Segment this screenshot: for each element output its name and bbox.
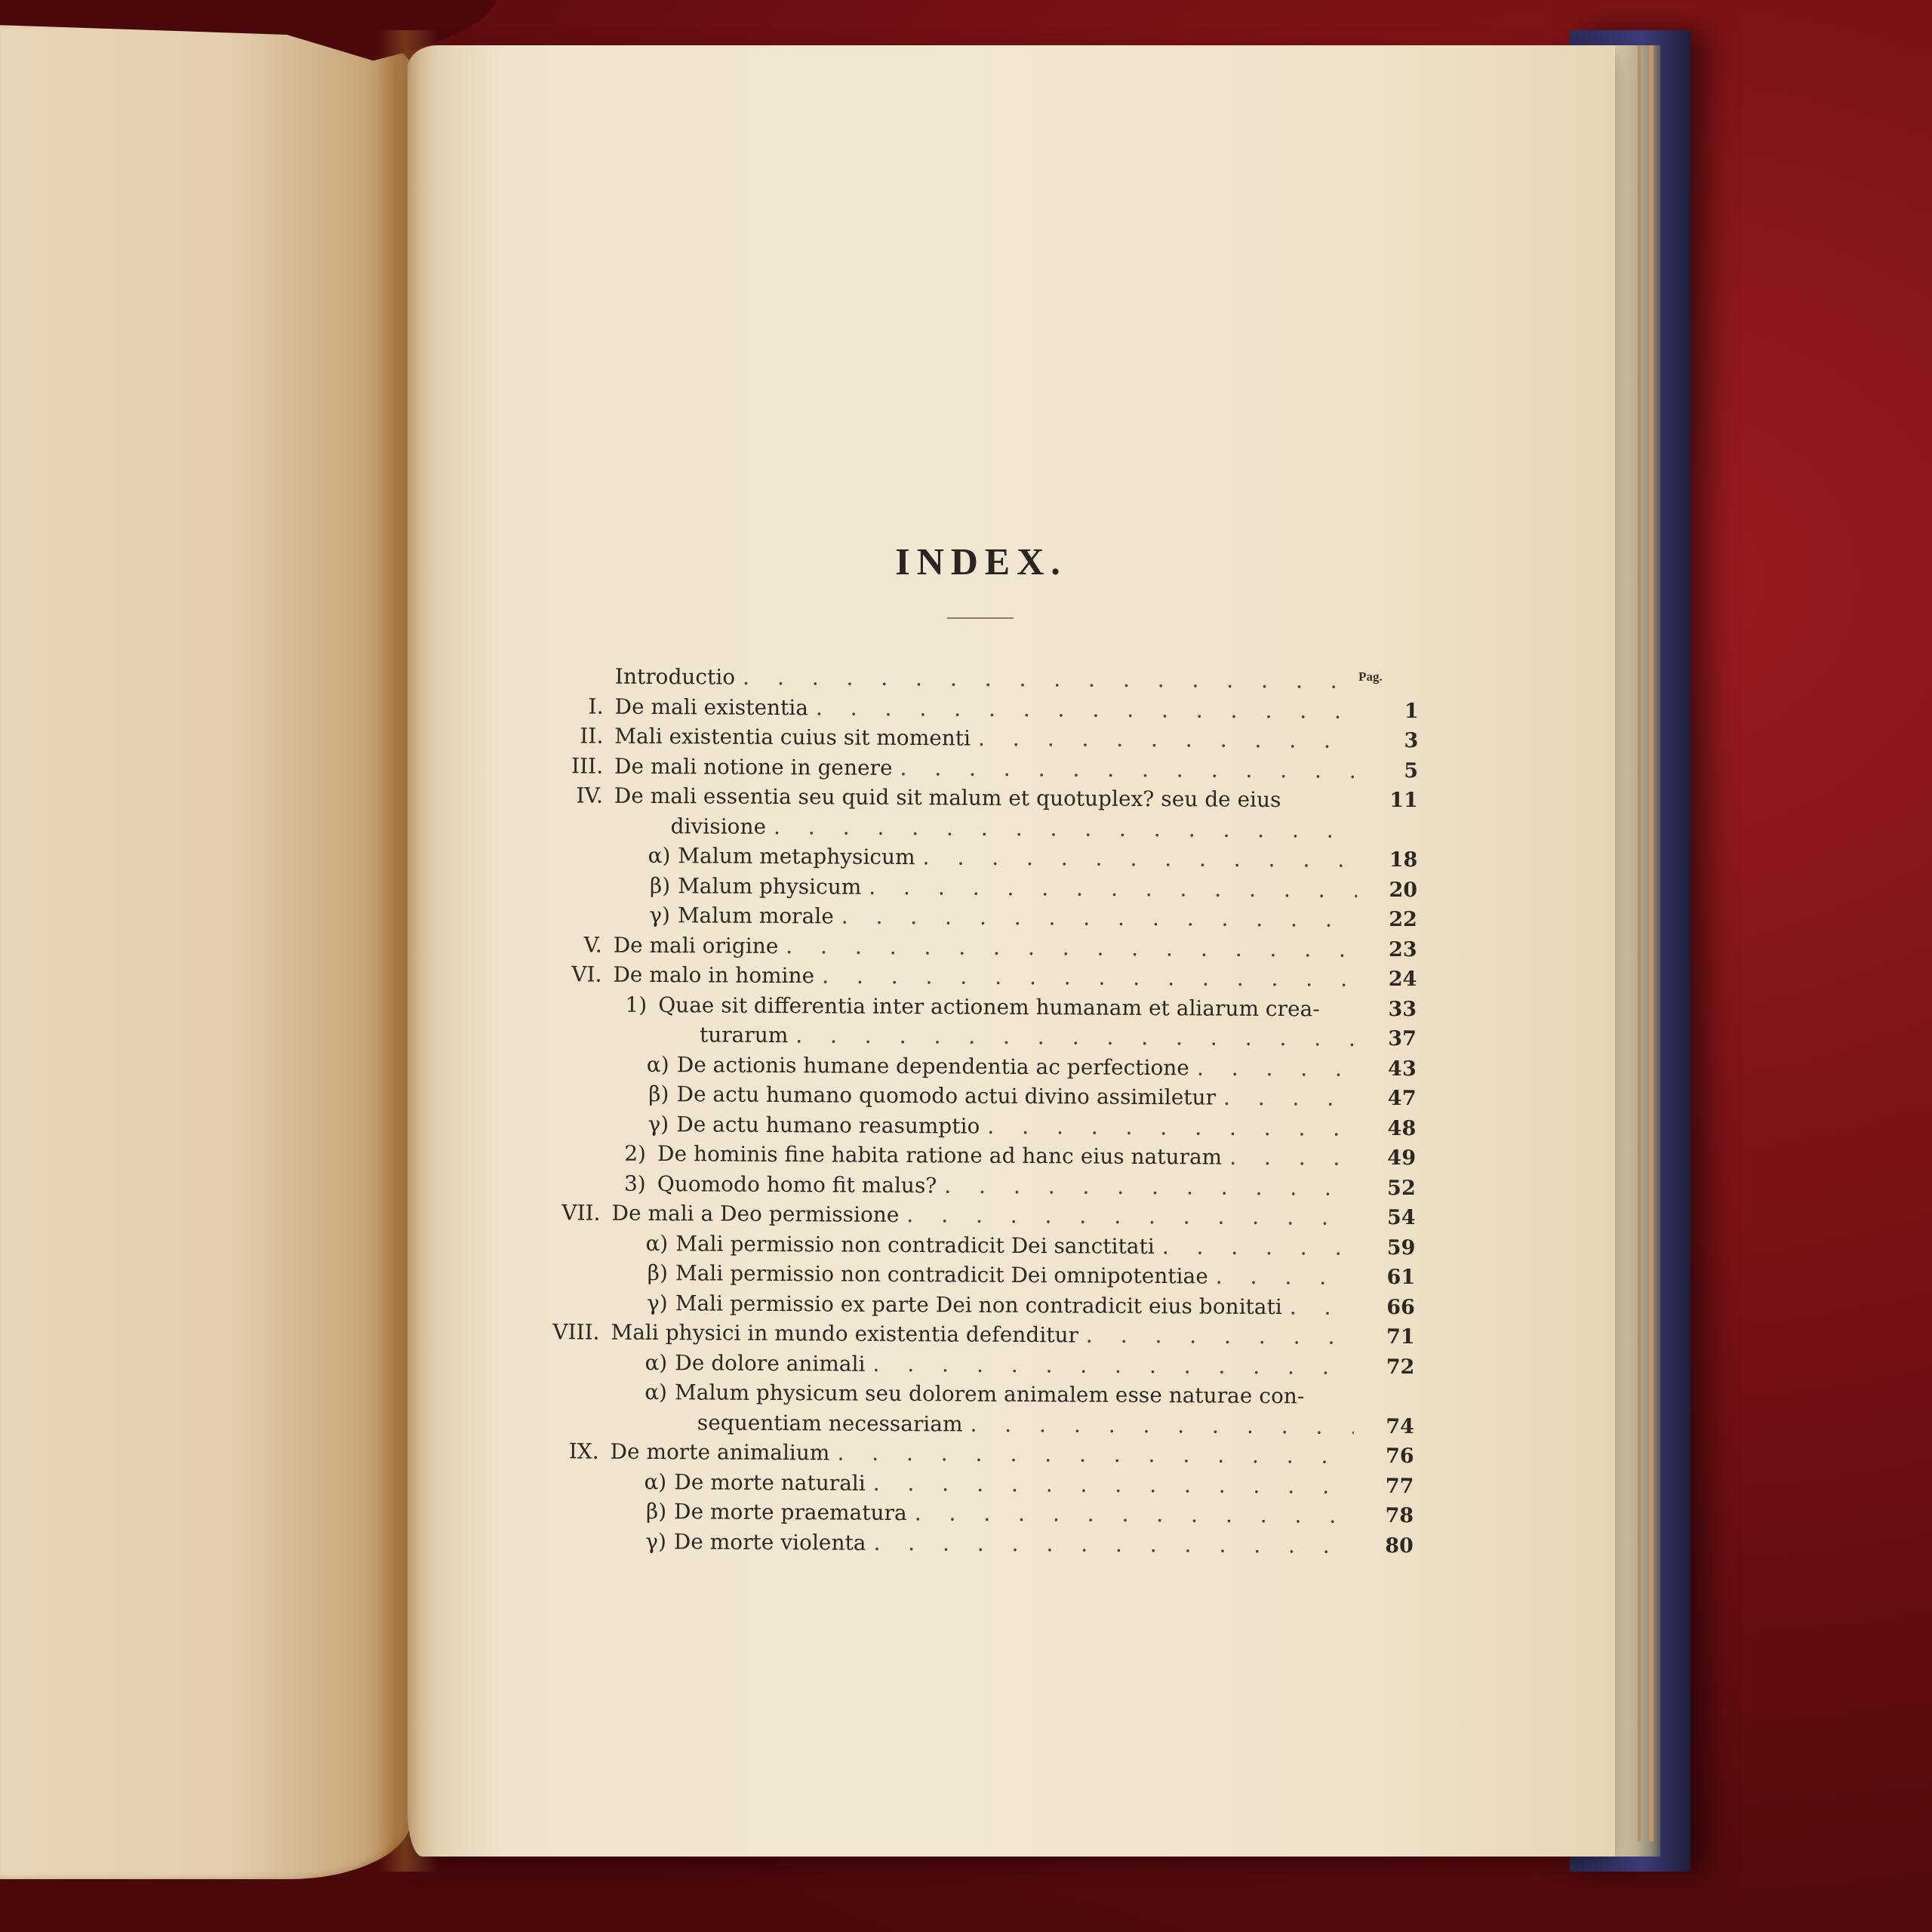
dot-leader: . . . . . . . . . . . . . . . . . . . . …: [1216, 1262, 1355, 1293]
toc-entry-text: De actu humano quomodo actui divino assi…: [676, 1079, 1216, 1112]
toc-entry-page: 20: [1372, 875, 1417, 905]
toc-entry-number: V.: [527, 929, 602, 959]
toc-entry-page: 52: [1371, 1173, 1416, 1203]
toc-entry-label: Mali physici in mundo existentia defendi…: [611, 1318, 1354, 1352]
toc-entry-text: Malum physicum seu dolorem animalem esse…: [675, 1377, 1304, 1411]
toc-entry-label: Quomodo homo fit malus?. . . . . . . . .…: [657, 1169, 1355, 1203]
dot-leader: . . . . . . . . . . . . . . . . . . . . …: [906, 1200, 1355, 1232]
toc-entry-number: γ): [625, 900, 670, 931]
toc-entry-page: 49: [1371, 1143, 1416, 1174]
toc-entry-number: VII.: [525, 1198, 600, 1228]
toc-entry-number: α): [622, 1377, 667, 1407]
dot-leader: . . . . . . . . . . . . . . . . . . . . …: [743, 663, 1358, 696]
toc-entry-text: De mali essentia seu quid sit malum et q…: [614, 781, 1281, 815]
dot-leader: . . . . . . . . . . . . . . . . . . . . …: [795, 1020, 1356, 1054]
toc-entry-number: [528, 661, 604, 662]
toc-entry-number: β): [623, 1079, 669, 1109]
toc-entry-page: 76: [1368, 1441, 1414, 1472]
toc-entry-number: α): [624, 1049, 669, 1079]
toc-entry-label: divisione. . . . . . . . . . . . . . . .…: [671, 811, 1358, 845]
toc-entry-text: De morte violenta: [674, 1527, 866, 1558]
toc-entry-label: Malum physicum. . . . . . . . . . . . . …: [678, 871, 1357, 905]
toc-entry-label: Malum physicum seu dolorem animalem esse…: [675, 1377, 1354, 1411]
toc-entry-label: Mali permissio non contradicit Dei sanct…: [675, 1229, 1355, 1263]
toc-entry-page: 48: [1371, 1113, 1416, 1143]
dot-leader: . . . . . . . . . . . . . . . . . . . . …: [923, 842, 1358, 875]
toc-entry-label: Mali permissio ex parte Dei non contradi…: [675, 1288, 1355, 1322]
toc-entry-label: Mali permissio non contradicit Dei omnip…: [675, 1258, 1355, 1292]
gutter-shadow: [377, 30, 438, 1872]
toc-entry-number: II.: [528, 721, 603, 751]
toc-entry-text: De malo in homine: [613, 960, 814, 991]
toc-entry-number: IX.: [523, 1436, 598, 1466]
toc-entry-text: Malum metaphysicum: [678, 841, 915, 872]
toc-entry-number: 3): [601, 1168, 646, 1198]
toc-entry-text: Malum morale: [678, 900, 834, 931]
dot-leader: . . . . . . . . . . . . . . . . . . . . …: [1162, 1232, 1355, 1263]
left-page: [0, 23, 411, 1879]
toc-entry-page: 61: [1370, 1263, 1415, 1293]
toc-entry-label: De mali a Deo permissione. . . . . . . .…: [611, 1198, 1355, 1233]
dot-leader: . . . . . . . . . . . . . . . . . . . . …: [837, 1438, 1353, 1472]
dot-leader: . . . . . . . . . . . . . . . . . . . . …: [915, 1498, 1354, 1531]
toc-entry-number: β): [621, 1497, 666, 1527]
toc-entry-text: Mali existentia cuius sit momenti: [614, 721, 971, 753]
toc-entry-number: α): [621, 1466, 666, 1497]
toc-entry-label: De actu humano quomodo actui divino assi…: [676, 1079, 1355, 1113]
dot-leader: . . . . . . . . . . . . . . . . . . . . …: [1229, 1143, 1355, 1174]
toc-entry-label: Quae sit differentia inter actionem huma…: [658, 990, 1356, 1024]
dot-leader: . . . . . . . . . . . . . . . . . . . . …: [873, 1527, 1353, 1560]
toc-entry-number: α): [622, 1347, 667, 1377]
toc-entry-number: γ): [623, 1109, 669, 1139]
toc-entry-text: Malum physicum: [678, 871, 861, 902]
toc-entry-number: IV.: [528, 780, 603, 811]
toc-entry-number: VIII.: [524, 1317, 599, 1347]
dot-leader: . . . . . . . . . . . . . . . . . . . . …: [1290, 1292, 1355, 1322]
toc-entry-page: 74: [1369, 1411, 1414, 1441]
toc-entry-page: 22: [1372, 905, 1417, 935]
dot-leader: . . . . . . . . . . . . . . . . . . . . …: [1197, 1053, 1356, 1084]
toc-entry-text: Mali permissio non contradicit Dei omnip…: [675, 1258, 1208, 1291]
toc-entry-text: sequentiam necessariam: [697, 1407, 963, 1439]
toc-entry-number: [526, 1019, 601, 1020]
dot-leader: . . . . . . . . . . . . . . . . . . . . …: [1086, 1321, 1355, 1352]
toc-entry-label: turarum. . . . . . . . . . . . . . . . .…: [700, 1020, 1356, 1054]
toc-entry-text: De mali origine: [614, 930, 779, 961]
toc-entry-text: De actionis humane dependentia ac perfec…: [677, 1050, 1189, 1083]
toc-entry-text: De actu humano reasumptio: [676, 1109, 980, 1141]
toc-entry-number: 1): [601, 989, 647, 1020]
toc-entry-page: 78: [1368, 1501, 1414, 1531]
toc-entry-label: De morte violenta. . . . . . . . . . . .…: [674, 1527, 1353, 1561]
toc-entry-number: β): [625, 870, 670, 900]
toc-entry-page: 59: [1370, 1232, 1415, 1263]
toc-entry-text: Mali physici in mundo existentia defendi…: [611, 1318, 1078, 1350]
toc-entry-label: De mali existentia. . . . . . . . . . . …: [615, 691, 1358, 726]
toc-entry-page: 43: [1371, 1054, 1417, 1084]
toc-entry-text: turarum: [700, 1020, 789, 1050]
toc-entry-text: De hominis fine habita ratione ad hanc e…: [657, 1139, 1222, 1172]
toc-entry-page: 11: [1373, 786, 1418, 816]
toc-entry-label: Introductio. . . . . . . . . . . . . . .…: [615, 662, 1358, 697]
toc-entry-number: β): [623, 1258, 668, 1288]
toc-entry-label: Malum metaphysicum. . . . . . . . . . . …: [678, 841, 1357, 875]
toc-entry-page: 47: [1371, 1084, 1416, 1114]
toc-entry-text: De mali notione in genere: [614, 751, 893, 783]
table-of-contents: Introductio. . . . . . . . . . . . . . .…: [523, 661, 1419, 1561]
dot-leader: . . . . . . . . . . . . . . . . . . . . …: [822, 961, 1356, 994]
toc-entry-page: 80: [1368, 1531, 1414, 1561]
toc-entry-number: [524, 1406, 599, 1407]
toc-entry-number: [528, 810, 603, 811]
toc-entry-label: Malum morale. . . . . . . . . . . . . . …: [678, 900, 1357, 934]
toc-entry-text: divisione: [671, 811, 767, 841]
dot-leader: . . . . . . . . . . . . . . . . . . . . …: [978, 724, 1358, 756]
toc-entry-page: 33: [1371, 994, 1417, 1024]
dot-leader: . . . . . . . . . . . . . . . . . . . . …: [774, 811, 1358, 844]
toc-entry-number: 2): [601, 1139, 646, 1169]
toc-entry: γ)De morte violenta. . . . . . . . . . .…: [523, 1525, 1414, 1561]
toc-entry-page: 3: [1373, 726, 1418, 756]
right-page-edge: [1649, 45, 1654, 1841]
toc-entry-number: γ): [623, 1287, 668, 1318]
toc-entry-text: Introductio: [615, 662, 736, 692]
toc-entry-page: 66: [1370, 1292, 1415, 1322]
toc-entry-text: De morte naturali: [674, 1467, 866, 1498]
toc-entry-label: De malo in homine. . . . . . . . . . . .…: [613, 960, 1356, 995]
toc-entry-label: De actu humano reasumptio. . . . . . . .…: [676, 1109, 1355, 1143]
toc-entry-text: De morte praematura: [674, 1497, 907, 1527]
dot-leader: . . . . . . . . . . . . . . . . . . . . …: [816, 693, 1358, 726]
toc-entry-page: 23: [1372, 934, 1417, 964]
toc-entry-label: De dolore animali. . . . . . . . . . . .…: [675, 1348, 1354, 1382]
toc-entry-label: De mali origine. . . . . . . . . . . . .…: [614, 930, 1357, 964]
dot-leader: . . . . . . . . . . . . . . . . . . . . …: [786, 931, 1357, 964]
toc-entry-label: De actionis humane dependentia ac perfec…: [677, 1050, 1356, 1084]
dot-leader: . . . . . . . . . . . . . . . . . . . . …: [872, 1349, 1354, 1381]
toc-entry-number: α): [625, 841, 670, 871]
toc-entry-text: Quomodo homo fit malus?: [657, 1169, 937, 1201]
page-title: INDEX.: [830, 540, 1132, 583]
toc-entry-page: 18: [1372, 845, 1417, 875]
dot-leader: . . . . . . . . . . . . . . . . . . . . …: [869, 872, 1357, 904]
toc-entry-number: γ): [621, 1526, 666, 1556]
photo-scene: INDEX. Pag. Introductio. . . . . . . . .…: [0, 0, 1932, 1932]
toc-entry-number: α): [623, 1228, 668, 1258]
toc-entry-label: De mali essentia seu quid sit malum et q…: [614, 781, 1358, 816]
toc-entry-page: 37: [1371, 1024, 1417, 1054]
toc-entry-page: 54: [1370, 1203, 1415, 1233]
title-rule: [947, 617, 1014, 619]
toc-entry-label: De morte naturali. . . . . . . . . . . .…: [674, 1467, 1353, 1501]
toc-entry-page: 5: [1373, 755, 1418, 786]
toc-entry-page: 72: [1369, 1352, 1414, 1382]
toc-entry-label: De mali notione in genere. . . . . . . .…: [614, 751, 1358, 786]
dot-leader: . . . . . . . . . . . . . . . . . . . . …: [900, 753, 1358, 786]
toc-entry-number: VI.: [526, 959, 601, 989]
toc-entry-number: III.: [528, 750, 603, 780]
toc-entry-text: Mali permissio non contradicit Dei sanct…: [675, 1229, 1155, 1261]
dot-leader: . . . . . . . . . . . . . . . . . . . . …: [1223, 1083, 1356, 1114]
toc-entry-text: De dolore animali: [675, 1348, 865, 1379]
toc-entry-text: Quae sit differentia inter actionem huma…: [658, 990, 1320, 1024]
dot-leader: . . . . . . . . . . . . . . . . . . . . …: [987, 1111, 1355, 1143]
toc-entry-label: Mali existentia cuius sit momenti. . . .…: [614, 721, 1358, 756]
toc-entry-page: 24: [1371, 964, 1417, 995]
toc-entry-text: De mali a Deo permissione: [611, 1198, 899, 1230]
toc-entry-text: De mali existentia: [615, 691, 809, 722]
dot-leader: . . . . . . . . . . . . . . . . . . . . …: [873, 1468, 1354, 1500]
page-edge-line: [1638, 45, 1641, 1841]
toc-entry-text: De morte animalium: [610, 1437, 829, 1468]
toc-entry-page: 77: [1368, 1471, 1414, 1501]
dot-leader: . . . . . . . . . . . . . . . . . . . . …: [944, 1171, 1355, 1203]
dot-leader: . . . . . . . . . . . . . . . . . . . . …: [970, 1409, 1353, 1441]
toc-entry-label: De morte praematura. . . . . . . . . . .…: [674, 1497, 1353, 1531]
dot-leader: . . . . . . . . . . . . . . . . . . . . …: [841, 902, 1357, 935]
toc-entry-text: Mali permissio ex parte Dei non contradi…: [675, 1288, 1282, 1321]
toc-entry-page: 71: [1369, 1322, 1414, 1352]
toc-entry-number: I.: [528, 691, 604, 721]
toc-entry-label: sequentiam necessariam. . . . . . . . . …: [697, 1407, 1354, 1441]
toc-entry-label: De morte animalium. . . . . . . . . . . …: [610, 1437, 1353, 1472]
toc-entry-page: 1: [1373, 696, 1418, 726]
toc-entry-label: De hominis fine habita ratione ad hanc e…: [657, 1139, 1355, 1173]
